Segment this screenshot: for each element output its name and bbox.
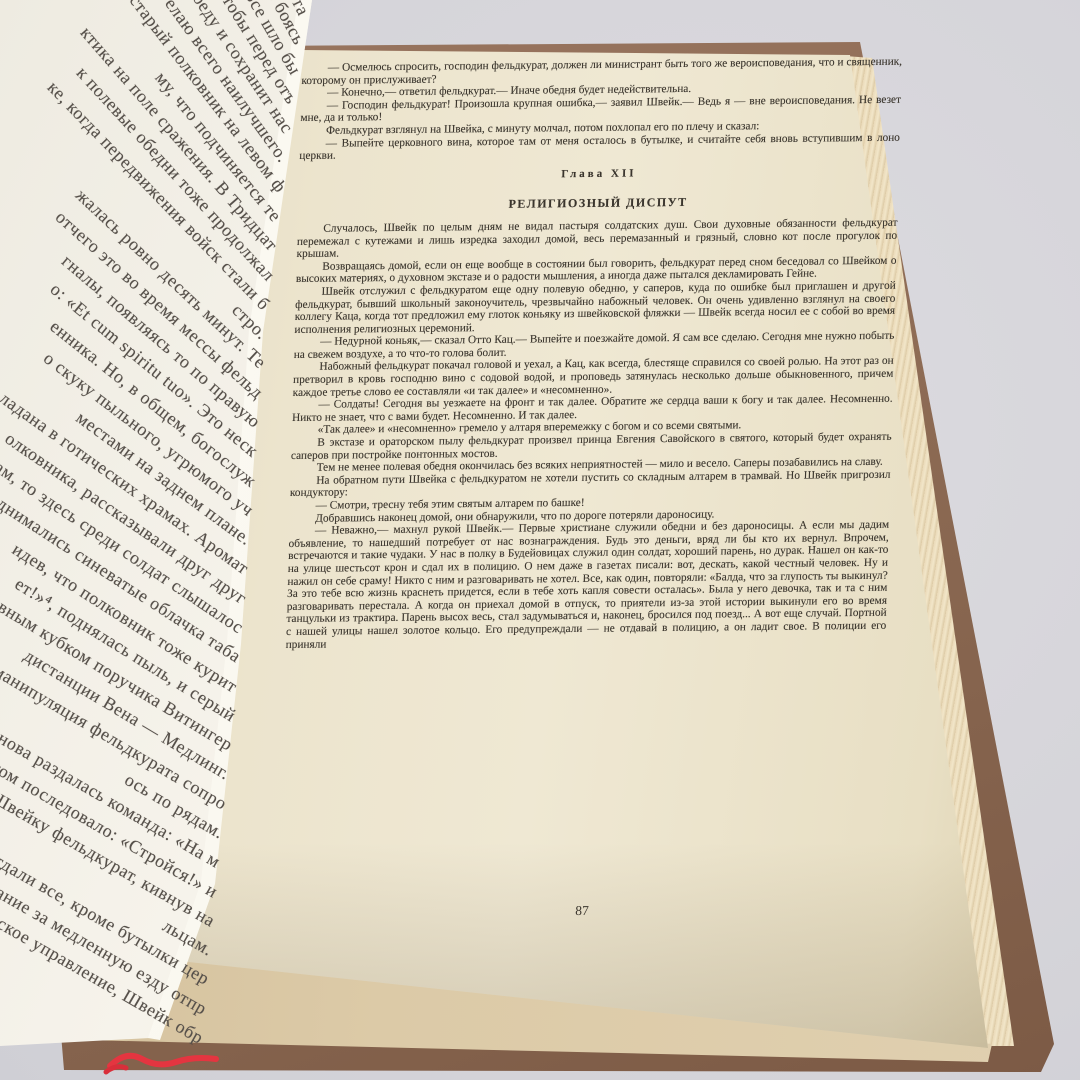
right-page-text: — Осмелюсь спросить, господин фельдкурат…	[286, 56, 903, 651]
red-thread	[96, 1036, 226, 1080]
body-paragraph: Швейк отслужил с фельдкуратом еще одну п…	[294, 280, 896, 337]
body-paragraph: — Неважно,— махнул рукой Швейк.— Первые …	[286, 519, 890, 651]
chapter-title: РЕЛИГИОЗНЫЙ ДИСПУТ	[298, 194, 899, 213]
page-number: 87	[302, 903, 863, 919]
chapter-label: Глава XII	[299, 164, 900, 183]
body-paragraph: Случалось, Швейк по целым дням не видал …	[296, 217, 897, 261]
body-paragraph: Набожный фельдкурат покачал головой и уе…	[293, 355, 894, 399]
book-photo: — Осмелюсь спросить, господин фельдкурат…	[0, 0, 1080, 1080]
